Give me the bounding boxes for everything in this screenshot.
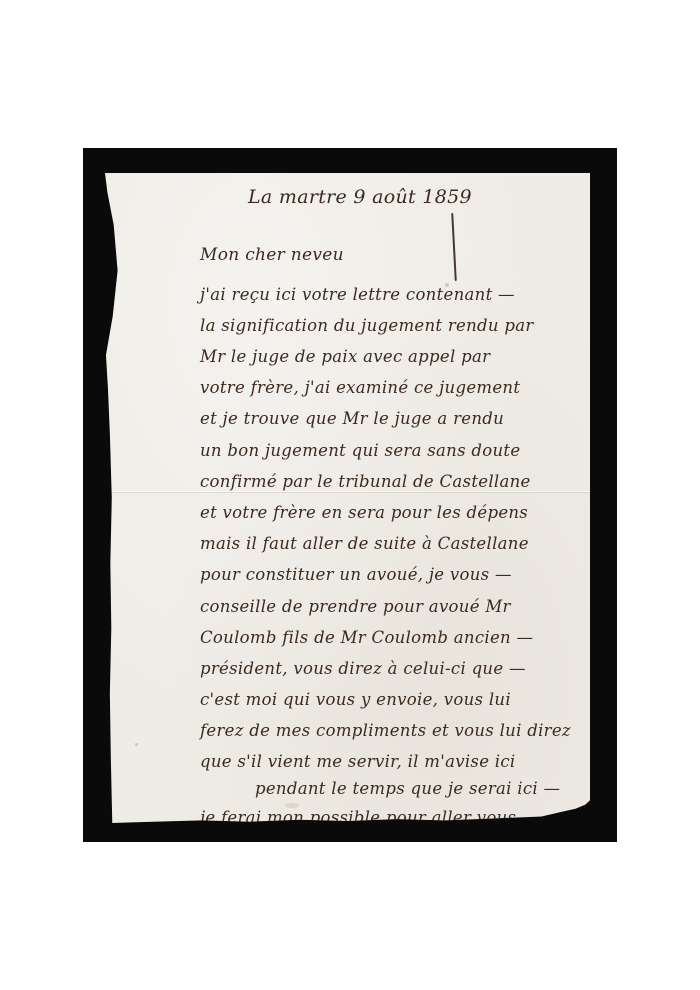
letter-line: et je trouve que Mr le juge a rendu — [200, 409, 504, 428]
letter-salutation: Mon cher neveu — [200, 245, 344, 265]
letter-line: que s'il vient me servir, il m'avise ici — [200, 752, 516, 771]
foxing-spot — [135, 743, 138, 746]
letter-line: Coulomb fils de Mr Coulomb ancien — — [200, 628, 533, 647]
letter-line: un bon jugement qui sera sans doute — [200, 441, 520, 460]
letter-line: c'est moi qui vous y envoie, vous lui — [200, 690, 511, 709]
letter-line: Mr le juge de paix avec appel par — [200, 347, 490, 366]
page: La martre 9 août 1859 Mon cher neveu j'a… — [0, 0, 700, 990]
letter-line: conseille de prendre pour avoué Mr — [200, 597, 511, 616]
paper-fold-line — [105, 491, 590, 492]
letter-paper: La martre 9 août 1859 Mon cher neveu j'a… — [105, 173, 590, 823]
letter-line: j'ai reçu ici votre lettre contenant — — [200, 285, 515, 304]
letter-line: mais il faut aller de suite à Castellane — [200, 534, 529, 553]
letter-line: la signification du jugement rendu par — [200, 316, 534, 335]
letter-line: président, vous direz à celui-ci que — — [200, 659, 526, 678]
letter-line: ferez de mes compliments et vous lui dir… — [200, 721, 571, 740]
letter-line: et votre frère en sera pour les dépens — [200, 503, 528, 522]
letter-line: pour constituer un avoué, je vous — — [200, 565, 512, 584]
letter-dateline: La martre 9 août 1859 — [248, 186, 472, 208]
letter-line: votre frère, j'ai examiné ce jugement — [200, 378, 520, 397]
letter-line: confirmé par le tribunal de Castellane — [200, 472, 531, 491]
letter-line: pendant le temps que je serai ici — — [255, 779, 560, 798]
ink-flourish — [451, 213, 456, 281]
letter-line: car je suis bien fâché que deux — [200, 866, 468, 885]
